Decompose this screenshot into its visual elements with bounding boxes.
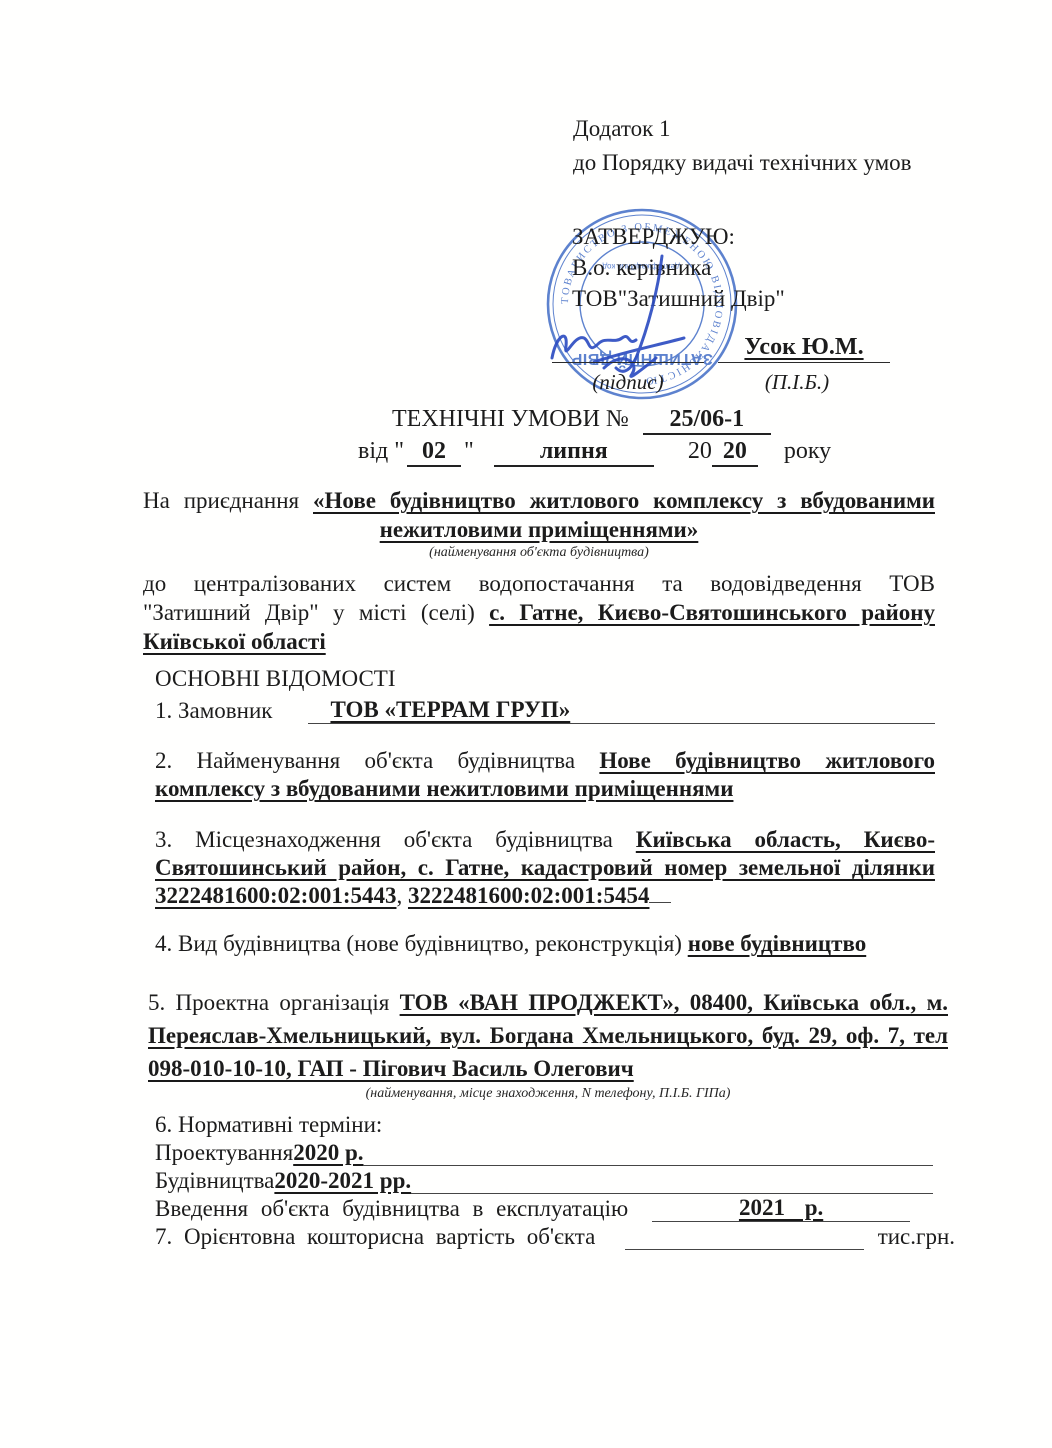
terms-design-fill — [363, 1163, 933, 1166]
document-title: ТЕХНІЧНІ УМОВИ № — [392, 406, 629, 432]
terms-commissioning-fill: 2021 р. — [652, 1195, 910, 1222]
document-date-line: від "02" липня 2020 року — [358, 438, 831, 467]
name-line: Усок Ю.М. — [718, 334, 890, 363]
annex-line1: Додаток 1 — [573, 112, 912, 146]
systems-paragraph: до централізованих систем водопостачання… — [143, 569, 935, 656]
annex-line2: до Порядку видачі технічних умов — [573, 146, 912, 180]
item-customer: 1. Замовник ТОВ «ТЕРРАМ ГРУП» — [155, 694, 935, 724]
customer-fill-line: ТОВ «ТЕРРАМ ГРУП» — [308, 697, 935, 724]
connection-line1: На приєднання «Нове будівництво житловог… — [143, 486, 935, 515]
item-location: 3. Місцезнаходження об'єкта будівництва … — [155, 826, 935, 910]
document-number: 25/06-1 — [643, 406, 771, 435]
location-line1: 3. Місцезнаходження об'єкта будівництва … — [155, 826, 935, 854]
cost-fill — [625, 1247, 863, 1250]
construction-type-prefix: 4. Вид будівництва (нове будівництво, ре… — [155, 931, 688, 956]
item-design-org: 5. Проектна організація ТОВ «ВАН ПРОДЖЕК… — [148, 986, 948, 1103]
terms-header-row: 6. Нормативні терміни: — [155, 1110, 955, 1138]
terms-commissioning-value: 2021 р. — [739, 1195, 823, 1220]
terms-label: 6. Нормативні терміни: — [155, 1112, 382, 1138]
document-page: Додаток 1 до Порядку видачі технічних ум… — [0, 0, 1052, 1448]
document-title-line: ТЕХНІЧНІ УМОВИ № 25/06-1 — [392, 406, 771, 435]
section-title: ОСНОВНІ ВІДОМОСТІ — [155, 666, 396, 692]
cost-unit: тис.грн. — [878, 1224, 955, 1250]
terms-commissioning-label: Введення об'єкта будівництва в експлуата… — [155, 1196, 628, 1222]
design-org-prefix: 5. Проектна організація — [148, 990, 400, 1015]
customer-label: 1. Замовник — [155, 698, 272, 724]
location-value-1: с. Гатне, Києво-Святошинського району — [489, 600, 935, 625]
object-name-prefix: 2. Найменування об'єкта будівництва — [155, 748, 599, 773]
object-name-value1: Нове будівництво житлового — [599, 748, 935, 773]
terms-construction-fill — [411, 1191, 933, 1194]
year-prefix: 20 — [688, 438, 712, 464]
terms-construction-label: Будівництва — [155, 1168, 274, 1194]
date-day: 02 — [407, 438, 461, 467]
signature-caption: (підпис) — [552, 370, 704, 395]
terms-design-label: Проектування — [155, 1140, 293, 1166]
cost-label: 7. Орієнтовна кошторисна вартість об'єкт… — [155, 1224, 595, 1250]
design-org-line3: 098-010-10-10, ГАП - Пігович Василь Олег… — [148, 1052, 948, 1085]
annex-reference: Додаток 1 до Порядку видачі технічних ум… — [573, 112, 912, 180]
signature-lines: Усок Ю.М. — [552, 334, 890, 363]
systems-line1: до централізованих систем водопостачання… — [143, 569, 935, 598]
terms-design-value: 2020 р. — [293, 1140, 363, 1166]
location-prefix: 3. Місцезнаходження об'єкта будівництва — [155, 827, 636, 852]
design-org-line2: Переяслав-Хмельницький, вул. Богдана Хме… — [148, 1019, 948, 1052]
date-year: 20 — [712, 438, 758, 467]
location-value-2: Київської області — [143, 629, 326, 654]
terms-construction-row: Будівництва 2020-2021 рр. — [155, 1166, 955, 1194]
customer-value: ТОВ «ТЕРРАМ ГРУП» — [330, 697, 570, 722]
item-terms-and-cost: 6. Нормативні терміни: Проектування 2020… — [155, 1110, 955, 1250]
systems-line3: Київської області — [143, 627, 935, 656]
approver-name: Усок Ю.М. — [744, 334, 863, 360]
date-suffix: року — [784, 438, 831, 464]
cadastral-number-1: 3222481600:02:001:5443 — [155, 883, 396, 908]
design-org-caption: (найменування, місце знаходження, N теле… — [148, 1085, 948, 1103]
location-line3: 3222481600:02:001:5443, 3222481600:02:00… — [155, 882, 935, 910]
terms-design-row: Проектування 2020 р. — [155, 1138, 955, 1166]
connection-paragraph: На приєднання «Нове будівництво житловог… — [143, 486, 935, 561]
design-org-value3: 098-010-10-10, ГАП - Пігович Василь Олег… — [148, 1056, 634, 1081]
item-construction-type: 4. Вид будівництва (нове будівництво, ре… — [155, 931, 945, 957]
cadastral-number-2: 3222481600:02:001:5454 — [408, 883, 649, 908]
cost-row: 7. Орієнтовна кошторисна вартість об'єкт… — [155, 1222, 955, 1250]
cadastral-trailing-line — [649, 902, 671, 903]
location-value-line1: Київська область, Києво- — [636, 827, 935, 852]
systems-line2-prefix: "Затишний Двір" у місті (селі) — [143, 600, 489, 625]
object-name-line1: «Нове будівництво житлового комплексу з … — [313, 488, 935, 513]
object-name-value2: комплексу з вбудованими нежитловими прим… — [155, 776, 733, 801]
connection-line2: нежитловими приміщеннями» — [143, 515, 935, 544]
date-month: липня — [494, 438, 654, 467]
signature-line — [552, 336, 704, 363]
connection-prefix: На приєднання — [143, 488, 313, 513]
location-value-line2: Святошинський район, с. Гатне, кадастров… — [155, 855, 935, 880]
design-org-value2: Переяслав-Хмельницький, вул. Богдана Хме… — [148, 1023, 948, 1048]
terms-commissioning-row: Введення об'єкта будівництва в експлуата… — [155, 1194, 955, 1222]
systems-line2: "Затишний Двір" у місті (селі) с. Гатне,… — [143, 598, 935, 627]
date-quote: " — [464, 438, 474, 464]
object-name-line2: нежитловими приміщеннями» — [380, 517, 699, 542]
object-name-caption: (найменування об'єкта будівництва) — [143, 544, 935, 561]
terms-construction-value: 2020-2021 рр. — [274, 1168, 411, 1194]
design-org-line1: 5. Проектна організація ТОВ «ВАН ПРОДЖЕК… — [148, 986, 948, 1019]
date-prefix: від " — [358, 438, 404, 464]
approval-title: ЗАТВЕРДЖУЮ: — [572, 221, 785, 252]
name-caption: (П.І.Б.) — [704, 370, 890, 395]
cadastral-separator: , — [396, 883, 408, 908]
object-name-item-line2: комплексу з вбудованими нежитловими прим… — [155, 775, 935, 803]
signature-captions: (підпис) (П.І.Б.) — [552, 370, 890, 395]
construction-type-value: нове будівництво — [688, 931, 867, 956]
design-org-value1: ТОВ «ВАН ПРОДЖЕКТ», 08400, Київська обл.… — [400, 990, 948, 1015]
object-name-item-line1: 2. Найменування об'єкта будівництва Нове… — [155, 747, 935, 775]
location-line2: Святошинський район, с. Гатне, кадастров… — [155, 854, 935, 882]
item-object-name: 2. Найменування об'єкта будівництва Нове… — [155, 747, 935, 803]
